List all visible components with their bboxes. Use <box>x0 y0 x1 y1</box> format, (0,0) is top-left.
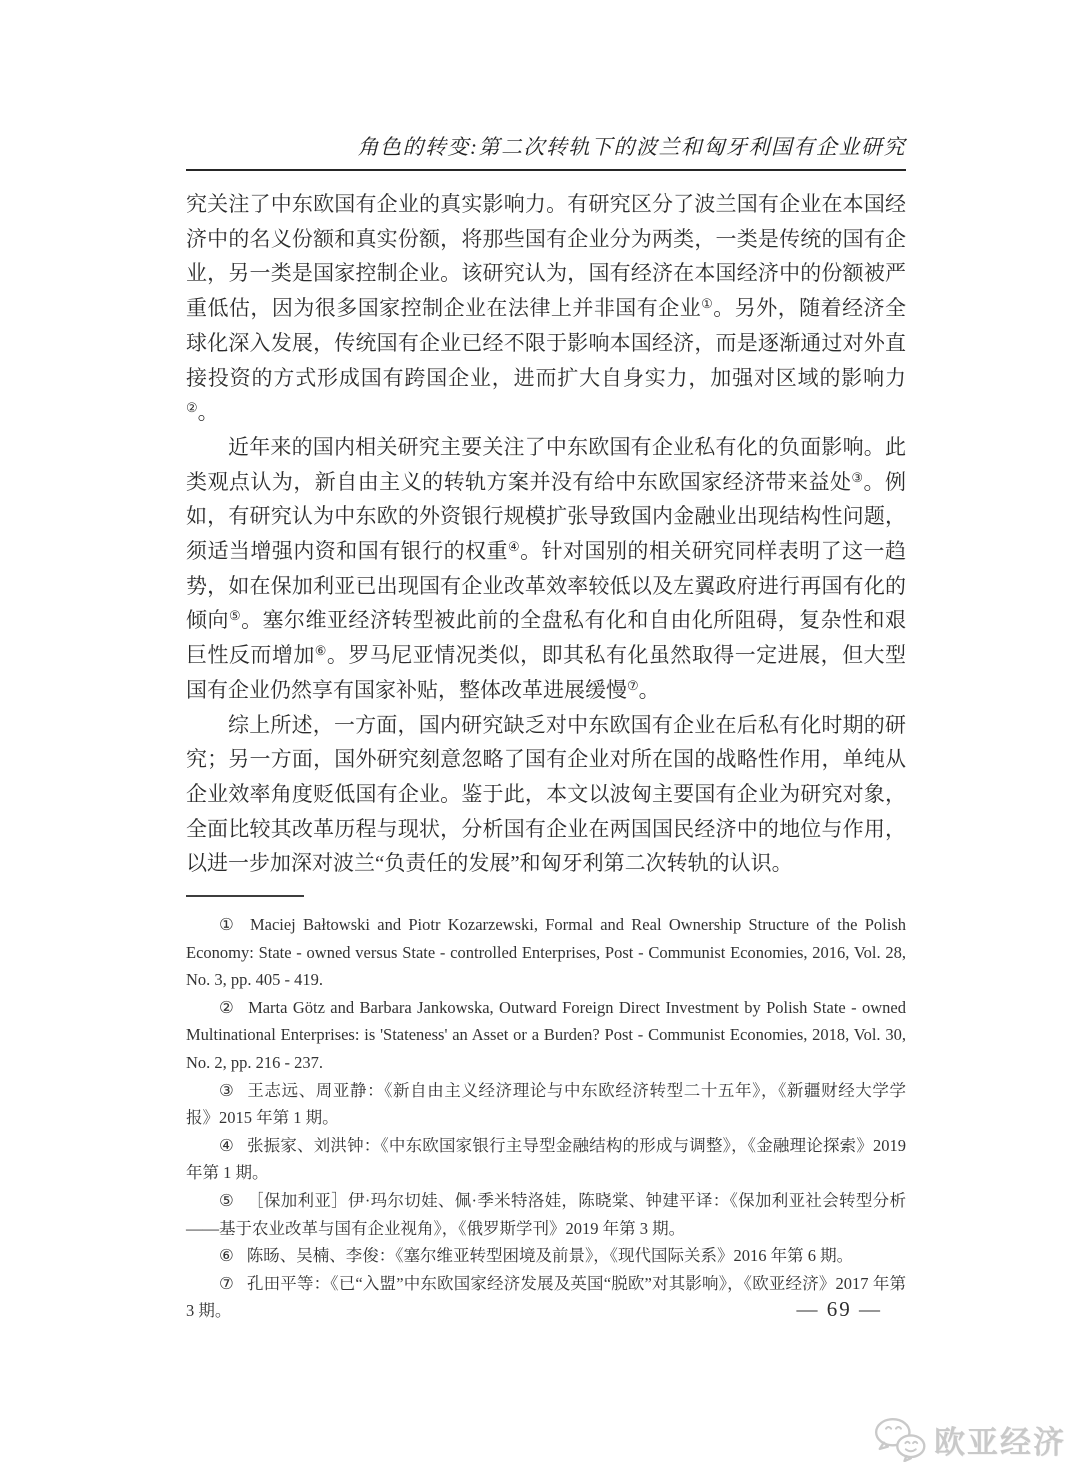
footnote-text: 王志远、周亚静：《新自由主义经济理论与中东欧经济转型二十五年》，《新疆财经大学学… <box>186 1081 906 1128</box>
footnote: ⑥陈旸、吴楠、李俊：《塞尔维亚转型困境及前景》，《现代国际关系》2016 年第 … <box>186 1242 906 1270</box>
footnote: ③王志远、周亚静：《新自由主义经济理论与中东欧经济转型二十五年》，《新疆财经大学… <box>186 1077 906 1132</box>
footnote: ⑤［保加利亚］伊·玛尔切娃、佩·季米特洛娃，陈晓棠、钟建平译：《保加利亚社会转型… <box>186 1187 906 1242</box>
header-rule <box>186 169 906 171</box>
body-paragraph: 近年来的国内相关研究主要关注了中东欧国有企业私有化的负面影响。此类观点认为，新自… <box>186 430 906 708</box>
footnote-ref: ⑥ <box>315 643 327 658</box>
footnote-text: Marta Götz and Barbara Jankowska, Outwar… <box>186 998 906 1072</box>
page-content: 角色的转变:第二次转轨下的波兰和匈牙利国有企业研究 究关注了中东欧国有企业的真实… <box>186 132 906 1325</box>
footnote: ④张振家、刘洪钟：《中东欧国家银行主导型金融结构的形成与调整》，《金融理论探索》… <box>186 1132 906 1187</box>
footnote-separator <box>186 895 304 897</box>
footnote: ②Marta Götz and Barbara Jankowska, Outwa… <box>186 994 906 1077</box>
footnote-marker: ③ <box>219 1081 247 1100</box>
running-title: 角色的转变:第二次转轨下的波兰和匈牙利国有企业研究 <box>186 132 906 162</box>
footnote-text: 陈旸、吴楠、李俊：《塞尔维亚转型困境及前景》，《现代国际关系》2016 年第 6… <box>247 1246 853 1265</box>
paragraphs: 究关注了中东欧国有企业的真实影响力。有研究区分了波兰国有企业在本国经济中的名义份… <box>186 187 906 881</box>
footnote-marker: ⑥ <box>219 1246 247 1265</box>
footnote-ref: ⑦ <box>627 678 639 693</box>
footnote-ref: ③ <box>851 470 863 485</box>
article-body: 究关注了中东欧国有企业的真实影响力。有研究区分了波兰国有企业在本国经济中的名义份… <box>186 187 906 881</box>
footnote-text: ［保加利亚］伊·玛尔切娃、佩·季米特洛娃，陈晓棠、钟建平译：《保加利亚社会转型分… <box>186 1191 906 1238</box>
footnote-text: 张振家、刘洪钟：《中东欧国家银行主导型金融结构的形成与调整》，《金融理论探索》2… <box>186 1136 906 1183</box>
footnote-marker: ⑤ <box>219 1191 247 1210</box>
footnote-ref: ⑤ <box>229 608 241 623</box>
footnote-ref: ④ <box>508 539 520 554</box>
footnotes-section: ①Maciej Bałtowski and Piotr Kozarzewski,… <box>186 895 906 1325</box>
footnote-text: Maciej Bałtowski and Piotr Kozarzewski, … <box>186 915 906 989</box>
body-paragraph: 综上所述，一方面，国内研究缺乏对中东欧国有企业在后私有化时期的研究；另一方面，国… <box>186 708 906 882</box>
watermark-text: 欧亚经济 <box>934 1417 1066 1462</box>
page-number: — 69 — <box>797 1297 883 1322</box>
body-paragraph: 究关注了中东欧国有企业的真实影响力。有研究区分了波兰国有企业在本国经济中的名义份… <box>186 187 906 430</box>
footnote-marker: ② <box>219 998 248 1017</box>
scanned-paper-page: 角色的转变:第二次转轨下的波兰和匈牙利国有企业研究 究关注了中东欧国有企业的真实… <box>0 0 1080 1482</box>
footnote: ①Maciej Bałtowski and Piotr Kozarzewski,… <box>186 911 906 994</box>
footnote-marker: ① <box>219 915 250 934</box>
watermark: 欧亚经济 <box>873 1416 1066 1462</box>
footnote-marker: ⑦ <box>219 1274 247 1293</box>
footnote-list: ①Maciej Bałtowski and Piotr Kozarzewski,… <box>186 911 906 1325</box>
footnote-ref: ① <box>701 296 713 311</box>
footnote-ref: ② <box>186 400 198 415</box>
wechat-icon <box>873 1416 927 1462</box>
page-header: 角色的转变:第二次转轨下的波兰和匈牙利国有企业研究 <box>186 132 906 171</box>
footnote-marker: ④ <box>219 1136 247 1155</box>
